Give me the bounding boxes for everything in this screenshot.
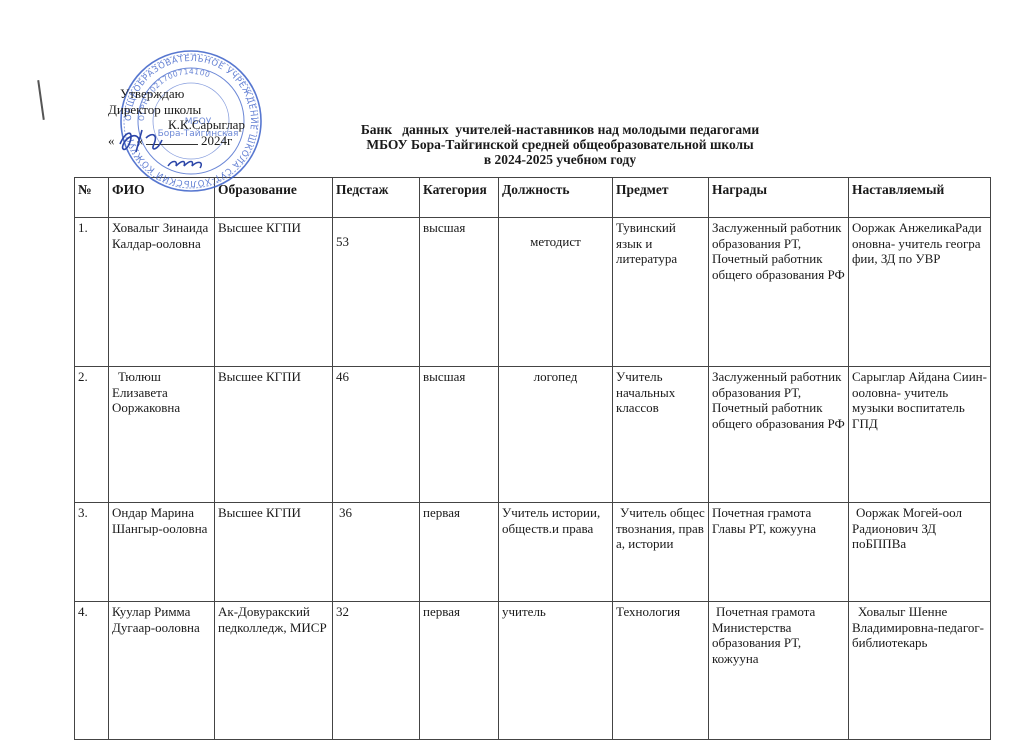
cell-fio: Тюлюш Елизавета Ооржаковна: [109, 367, 215, 503]
title-line-1: Банк данных учителей-наставников над мол…: [270, 122, 850, 137]
cell-position: методист: [499, 218, 613, 367]
cell-education: Высшее КГПИ: [215, 503, 333, 602]
cell-education: Ак-Довуракский педколледж, МИСР: [215, 602, 333, 740]
cell-subject: Тувинский язык и литература: [613, 218, 709, 367]
date-quote-open: «: [108, 133, 115, 148]
cell-num: 1.: [75, 218, 109, 367]
cell-experience: 36: [333, 503, 420, 602]
margin-mark: [37, 80, 45, 120]
date-month-blank: [146, 134, 198, 145]
cell-awards: Заслуженный работник образования РТ, Поч…: [709, 218, 849, 367]
cell-num: 4.: [75, 602, 109, 740]
title-line-2: МБОУ Бора-Тайгинской средней общеобразов…: [270, 137, 850, 152]
approval-position: Директор школы: [108, 102, 245, 118]
title-line-3: в 2024-2025 учебном году: [270, 152, 850, 167]
cell-fio: Ховалыг Зинаида Калдар-ооловна: [109, 218, 215, 367]
cell-experience: 32: [333, 602, 420, 740]
cell-mentee: Ховалыг Шенне Владимировна-педагог-библи…: [849, 602, 991, 740]
table-row: 3. Ондар Марина Шангыр-ооловна Высшее КГ…: [75, 503, 991, 602]
approval-heading: Утверждаю: [108, 86, 245, 102]
approval-block: Утверждаю Директор школы К.К.Сарыглар ««…: [108, 86, 245, 148]
date-quote-mid: «: [137, 133, 144, 148]
cell-num: 2.: [75, 367, 109, 503]
cell-awards: Почетная грамота Министерства образовани…: [709, 602, 849, 740]
cell-position: логопед: [499, 367, 613, 503]
cell-mentee: Сарыглар Айдана Сиин-ооловна- учитель му…: [849, 367, 991, 503]
header-position: Должность: [499, 178, 613, 218]
mentors-table: № ФИО Образование Педстаж Категория Долж…: [74, 177, 991, 740]
cell-category: высшая: [420, 367, 499, 503]
cell-subject: Учитель начальных классов: [613, 367, 709, 503]
cell-awards: Почетная грамота Главы РТ, кожууна: [709, 503, 849, 602]
header-category: Категория: [420, 178, 499, 218]
date-year: 2024г: [201, 133, 232, 148]
cell-experience: 53: [333, 218, 420, 367]
approval-date: ««2024г: [108, 133, 245, 149]
cell-subject: Учитель обществознания, права, истории: [613, 503, 709, 602]
cell-category: первая: [420, 602, 499, 740]
cell-category: первая: [420, 503, 499, 602]
header-num: №: [75, 178, 109, 218]
header-subject: Предмет: [613, 178, 709, 218]
table-row: 2. Тюлюш Елизавета Ооржаковна Высшее КГП…: [75, 367, 991, 503]
cell-awards: Заслуженный работник образования РТ, Поч…: [709, 367, 849, 503]
cell-fio: Ондар Марина Шангыр-ооловна: [109, 503, 215, 602]
table-header-row: № ФИО Образование Педстаж Категория Долж…: [75, 178, 991, 218]
cell-education: Высшее КГПИ: [215, 367, 333, 503]
cell-position: Учитель истории, обществ.и права: [499, 503, 613, 602]
cell-experience: 46: [333, 367, 420, 503]
cell-education: Высшее КГПИ: [215, 218, 333, 367]
cell-category: высшая: [420, 218, 499, 367]
header-education: Образование: [215, 178, 333, 218]
cell-num: 3.: [75, 503, 109, 602]
cell-mentee: Ооржак Могей-оол Радионович ЗД поБППВа: [849, 503, 991, 602]
approval-signer: К.К.Сарыглар: [108, 117, 245, 133]
document-title: Банк данных учителей-наставников над мол…: [270, 122, 850, 167]
cell-subject: Технология: [613, 602, 709, 740]
cell-fio: Куулар Римма Дугаар-ооловна: [109, 602, 215, 740]
table-row: 1. Ховалыг Зинаида Калдар-ооловна Высшее…: [75, 218, 991, 367]
header-experience: Педстаж: [333, 178, 420, 218]
header-fio: ФИО: [109, 178, 215, 218]
header-mentee: Наставляемый: [849, 178, 991, 218]
table-row: 4. Куулар Римма Дугаар-ооловна Ак-Довура…: [75, 602, 991, 740]
header-awards: Награды: [709, 178, 849, 218]
cell-mentee: Ооржак АнжеликаРадионовна- учитель геогр…: [849, 218, 991, 367]
cell-position: учитель: [499, 602, 613, 740]
